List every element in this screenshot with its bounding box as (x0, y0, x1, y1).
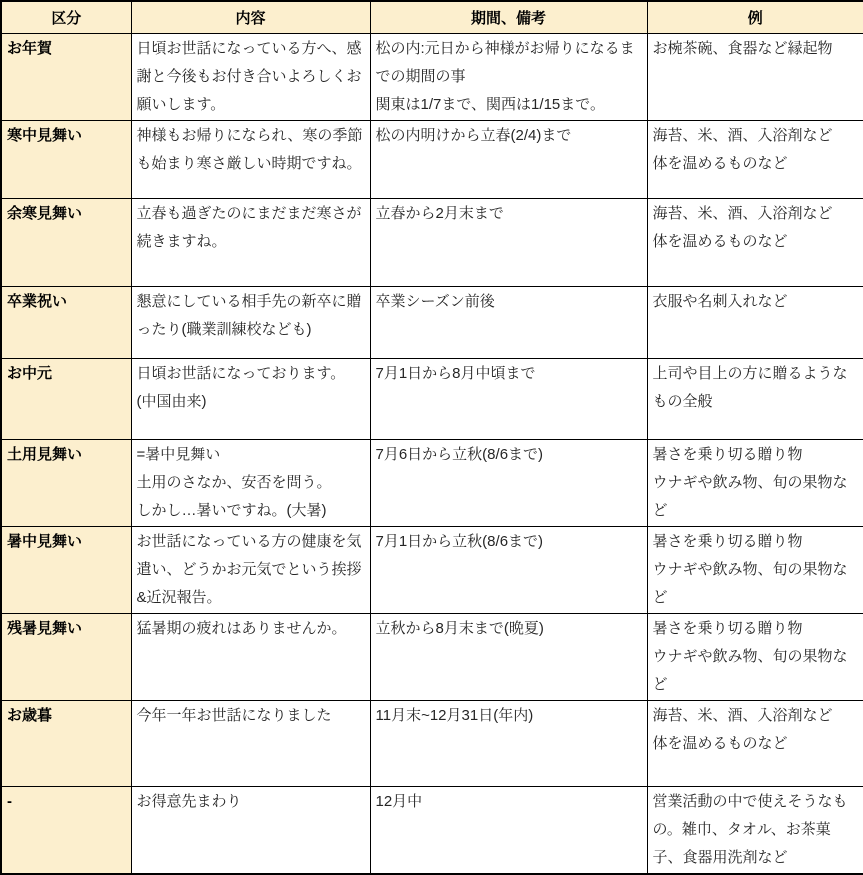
table-row: - お得意先まわり 12月中 営業活動の中で使えそうなもの。雑巾、タオル、お茶菓… (1, 786, 863, 874)
content-cell: 立春も過ぎたのにまだまだ寒さが続きますね。 (131, 198, 370, 286)
category-cell: 寒中見舞い (1, 120, 131, 198)
example-cell: 海苔、米、酒、入浴剤など 体を温めるものなど (647, 120, 863, 198)
table-row: 卒業祝い 懇意にしている相手先の新卒に贈ったり(職業訓練校なども) 卒業シーズン… (1, 286, 863, 358)
header-category: 区分 (1, 1, 131, 33)
period-cell: 11月末~12月31日(年内) (370, 700, 647, 786)
period-cell: 立秋から8月末まで(晩夏) (370, 613, 647, 700)
content-cell: 今年一年お世話になりました (131, 700, 370, 786)
table-row: お年賀 日頃お世話になっている方へ、感謝と今後もお付き合いよろしくお願いします。… (1, 33, 863, 120)
table-row: 寒中見舞い 神様もお帰りになられ、寒の季節も始まり寒さ厳しい時期ですね。 松の内… (1, 120, 863, 198)
category-cell: お歳暮 (1, 700, 131, 786)
category-cell: 残暑見舞い (1, 613, 131, 700)
content-cell: 神様もお帰りになられ、寒の季節も始まり寒さ厳しい時期ですね。 (131, 120, 370, 198)
period-cell: 卒業シーズン前後 (370, 286, 647, 358)
example-cell: 暑さを乗り切る贈り物 ウナギや飲み物、旬の果物など (647, 526, 863, 613)
category-cell: - (1, 786, 131, 874)
content-cell: 猛暑期の疲れはありませんか。 (131, 613, 370, 700)
header-period: 期間、備考 (370, 1, 647, 33)
example-cell: 営業活動の中で使えそうなもの。雑巾、タオル、お茶菓子、食器用洗剤など (647, 786, 863, 874)
period-cell: 7月6日から立秋(8/6まで) (370, 439, 647, 526)
table-row: 土用見舞い =暑中見舞い 土用のさなか、安否を問う。 しかし…暑いですね。(大暑… (1, 439, 863, 526)
period-cell: 7月1日から8月中頃まで (370, 358, 647, 439)
example-cell: 衣服や名刺入れなど (647, 286, 863, 358)
header-row: 区分 内容 期間、備考 例 (1, 1, 863, 33)
category-cell: お年賀 (1, 33, 131, 120)
period-cell: 7月1日から立秋(8/6まで) (370, 526, 647, 613)
content-cell: 日頃お世話になっております。 (中国由来) (131, 358, 370, 439)
example-cell: 海苔、米、酒、入浴剤など 体を温めるものなど (647, 700, 863, 786)
example-cell: 暑さを乗り切る贈り物 ウナギや飲み物、旬の果物など (647, 613, 863, 700)
category-cell: 余寒見舞い (1, 198, 131, 286)
example-cell: 暑さを乗り切る贈り物 ウナギや飲み物、旬の果物など (647, 439, 863, 526)
table-row: 暑中見舞い お世話になっている方の健康を気遣い、どうかお元気でという挨拶&近況報… (1, 526, 863, 613)
example-cell: 海苔、米、酒、入浴剤など 体を温めるものなど (647, 198, 863, 286)
table-row: お中元 日頃お世話になっております。 (中国由来) 7月1日から8月中頃まで 上… (1, 358, 863, 439)
period-cell: 12月中 (370, 786, 647, 874)
table-row: 残暑見舞い 猛暑期の疲れはありませんか。 立秋から8月末まで(晩夏) 暑さを乗り… (1, 613, 863, 700)
content-cell: 懇意にしている相手先の新卒に贈ったり(職業訓練校なども) (131, 286, 370, 358)
seasonal-gifts-table: 区分 内容 期間、備考 例 お年賀 日頃お世話になっている方へ、感謝と今後もお付… (0, 0, 863, 875)
period-cell: 松の内:元日から神様がお帰りになるまでの期間の事 関東は1/7まで、関西は1/1… (370, 33, 647, 120)
header-example: 例 (647, 1, 863, 33)
table-row: 余寒見舞い 立春も過ぎたのにまだまだ寒さが続きますね。 立春から2月末まで 海苔… (1, 198, 863, 286)
category-cell: お中元 (1, 358, 131, 439)
period-cell: 立春から2月末まで (370, 198, 647, 286)
content-cell: お世話になっている方の健康を気遣い、どうかお元気でという挨拶&近況報告。 (131, 526, 370, 613)
category-cell: 卒業祝い (1, 286, 131, 358)
category-cell: 土用見舞い (1, 439, 131, 526)
content-cell: 日頃お世話になっている方へ、感謝と今後もお付き合いよろしくお願いします。 (131, 33, 370, 120)
period-cell: 松の内明けから立春(2/4)まで (370, 120, 647, 198)
content-cell: =暑中見舞い 土用のさなか、安否を問う。 しかし…暑いですね。(大暑) (131, 439, 370, 526)
table-row: お歳暮 今年一年お世話になりました 11月末~12月31日(年内) 海苔、米、酒… (1, 700, 863, 786)
example-cell: お椀茶碗、食器など縁起物 (647, 33, 863, 120)
category-cell: 暑中見舞い (1, 526, 131, 613)
content-cell: お得意先まわり (131, 786, 370, 874)
example-cell: 上司や目上の方に贈るようなもの全般 (647, 358, 863, 439)
header-content: 内容 (131, 1, 370, 33)
